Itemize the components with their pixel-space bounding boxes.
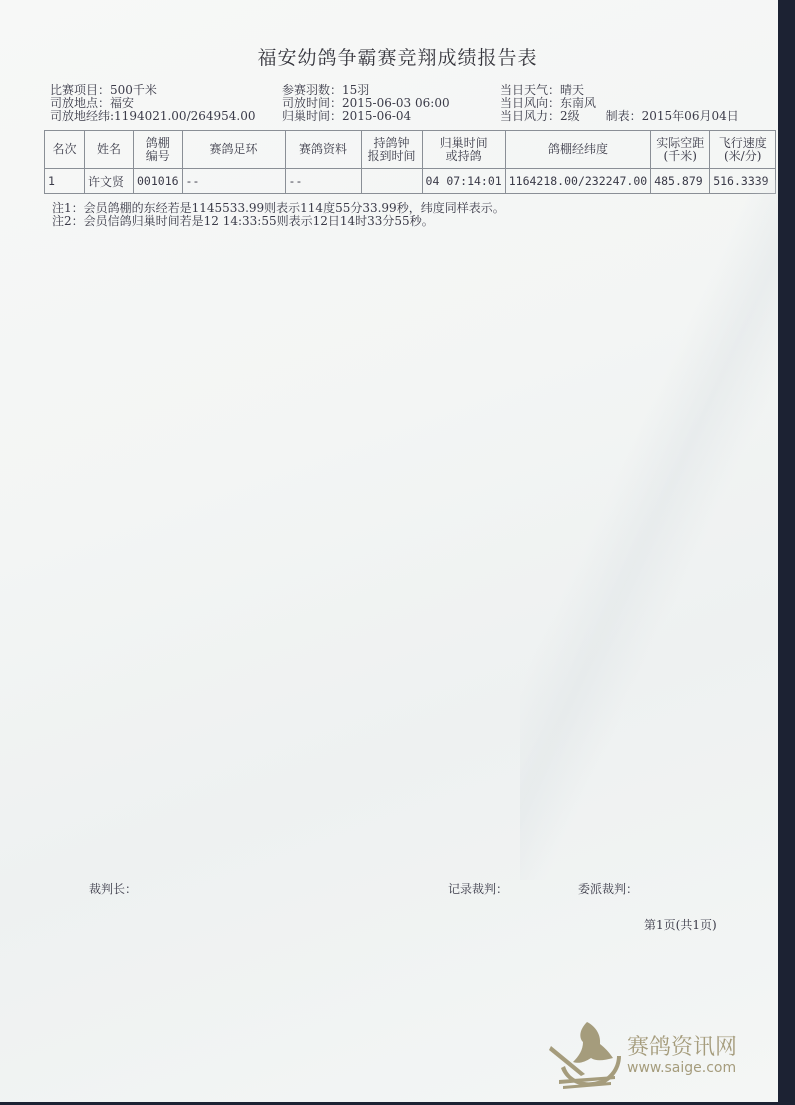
notes: 注1：会员鸽棚的东经若是1145533.99则表示114度55分33.99秒，纬… — [52, 202, 505, 228]
column-header-label: 姓名 — [97, 142, 121, 156]
watermark-url: www.saige.com — [627, 1060, 736, 1076]
meta-column-middle: 参赛羽数：15羽 司放时间：2015-06-03 06:00 归巢时间：2015… — [282, 84, 450, 123]
cell-name: 许文贤 — [85, 169, 134, 194]
made-date: 制表：2015年06月04日 — [606, 109, 739, 123]
assigned-judge-signature: 委派裁判： — [578, 880, 638, 897]
column-header: 鸽棚编号 — [134, 131, 183, 169]
cell-speed-m-per-min: 516.3339 — [710, 169, 776, 194]
cell-loft-coords: 1164218.00/232247.00 — [505, 169, 650, 194]
cell-pigeon-info: -- — [285, 169, 361, 194]
column-header-label: 编号 — [146, 149, 170, 163]
column-header-label: 飞行速度 — [719, 136, 767, 150]
table-row: 1许文贤001016----04 07:14:011164218.00/2322… — [45, 169, 776, 194]
wind-force: 当日风力：2级 — [500, 109, 580, 123]
column-header: 持鸽钟报到时间 — [361, 131, 422, 169]
column-header-label: (千米) — [664, 149, 697, 163]
meta-column-right: 当日天气：晴天 当日风向：东南风 当日风力：2级制表：2015年06月04日 — [500, 84, 739, 123]
column-header-label: 赛鸽资料 — [299, 142, 347, 156]
cell-rank: 1 — [45, 169, 85, 194]
column-header: 实际空距(千米) — [651, 131, 710, 169]
cell-loft-id: 001016 — [134, 169, 183, 194]
cell-distance-km: 485.879 — [651, 169, 710, 194]
column-header: 赛鸽足环 — [182, 131, 285, 169]
column-header-label: 归巢时间 — [440, 136, 488, 150]
column-header-label: 赛鸽足环 — [210, 142, 258, 156]
column-header-label: 鸽棚 — [146, 136, 170, 150]
pigeon-logo-icon — [545, 1018, 627, 1093]
report-sheet: 福安幼鸽争霸赛竞翔成绩报告表 比赛项目：500千米 司放地点：福安 司放地经纬:… — [0, 0, 778, 1102]
column-header: 归巢时间或持鸽 — [422, 131, 505, 169]
column-header-label: 鸽棚经纬度 — [548, 142, 608, 156]
watermark: 赛鸽资讯网 www.saige.com — [545, 1018, 765, 1093]
column-header: 姓名 — [85, 131, 134, 169]
wind-force-and-date: 当日风力：2级制表：2015年06月04日 — [500, 110, 739, 123]
return-time: 归巢时间：2015-06-04 — [282, 110, 450, 123]
note-2: 注2：会员信鸽归巢时间若是12 14:33:55则表示12日14时33分55秒。 — [52, 215, 505, 228]
column-header-label: 名次 — [52, 142, 76, 156]
cell-ring: -- — [182, 169, 285, 194]
report-title: 福安幼鸽争霸赛竞翔成绩报告表 — [0, 43, 778, 70]
column-header-label: 持鸽钟 — [374, 136, 410, 150]
cell-arrival: 04 07:14:01 — [422, 169, 505, 194]
page-number: 第1页(共1页) — [644, 916, 717, 933]
chief-judge-signature: 裁判长： — [89, 880, 137, 897]
column-header: 名次 — [45, 131, 85, 169]
release-coordinates: 司放地经纬:1194021.00/264954.00 — [50, 110, 256, 123]
column-header-label: 报到时间 — [368, 149, 416, 163]
column-header: 赛鸽资料 — [285, 131, 361, 169]
watermark-name: 赛鸽资讯网 — [627, 1030, 737, 1061]
column-header-label: (米/分) — [724, 149, 761, 163]
column-header-label: 或持鸽 — [446, 149, 482, 163]
meta-column-left: 比赛项目：500千米 司放地点：福安 司放地经纬:1194021.00/2649… — [50, 84, 256, 123]
cell-clock-time — [361, 169, 422, 194]
results-table: 名次姓名鸽棚编号赛鸽足环赛鸽资料持鸽钟报到时间归巢时间或持鸽鸽棚经纬度实际空距(… — [44, 130, 776, 194]
record-judge-signature: 记录裁判： — [448, 880, 508, 897]
column-header-label: 实际空距 — [656, 136, 704, 150]
column-header: 飞行速度(米/分) — [710, 131, 776, 169]
column-header: 鸽棚经纬度 — [505, 131, 650, 169]
table-header-row: 名次姓名鸽棚编号赛鸽足环赛鸽资料持鸽钟报到时间归巢时间或持鸽鸽棚经纬度实际空距(… — [45, 131, 776, 169]
